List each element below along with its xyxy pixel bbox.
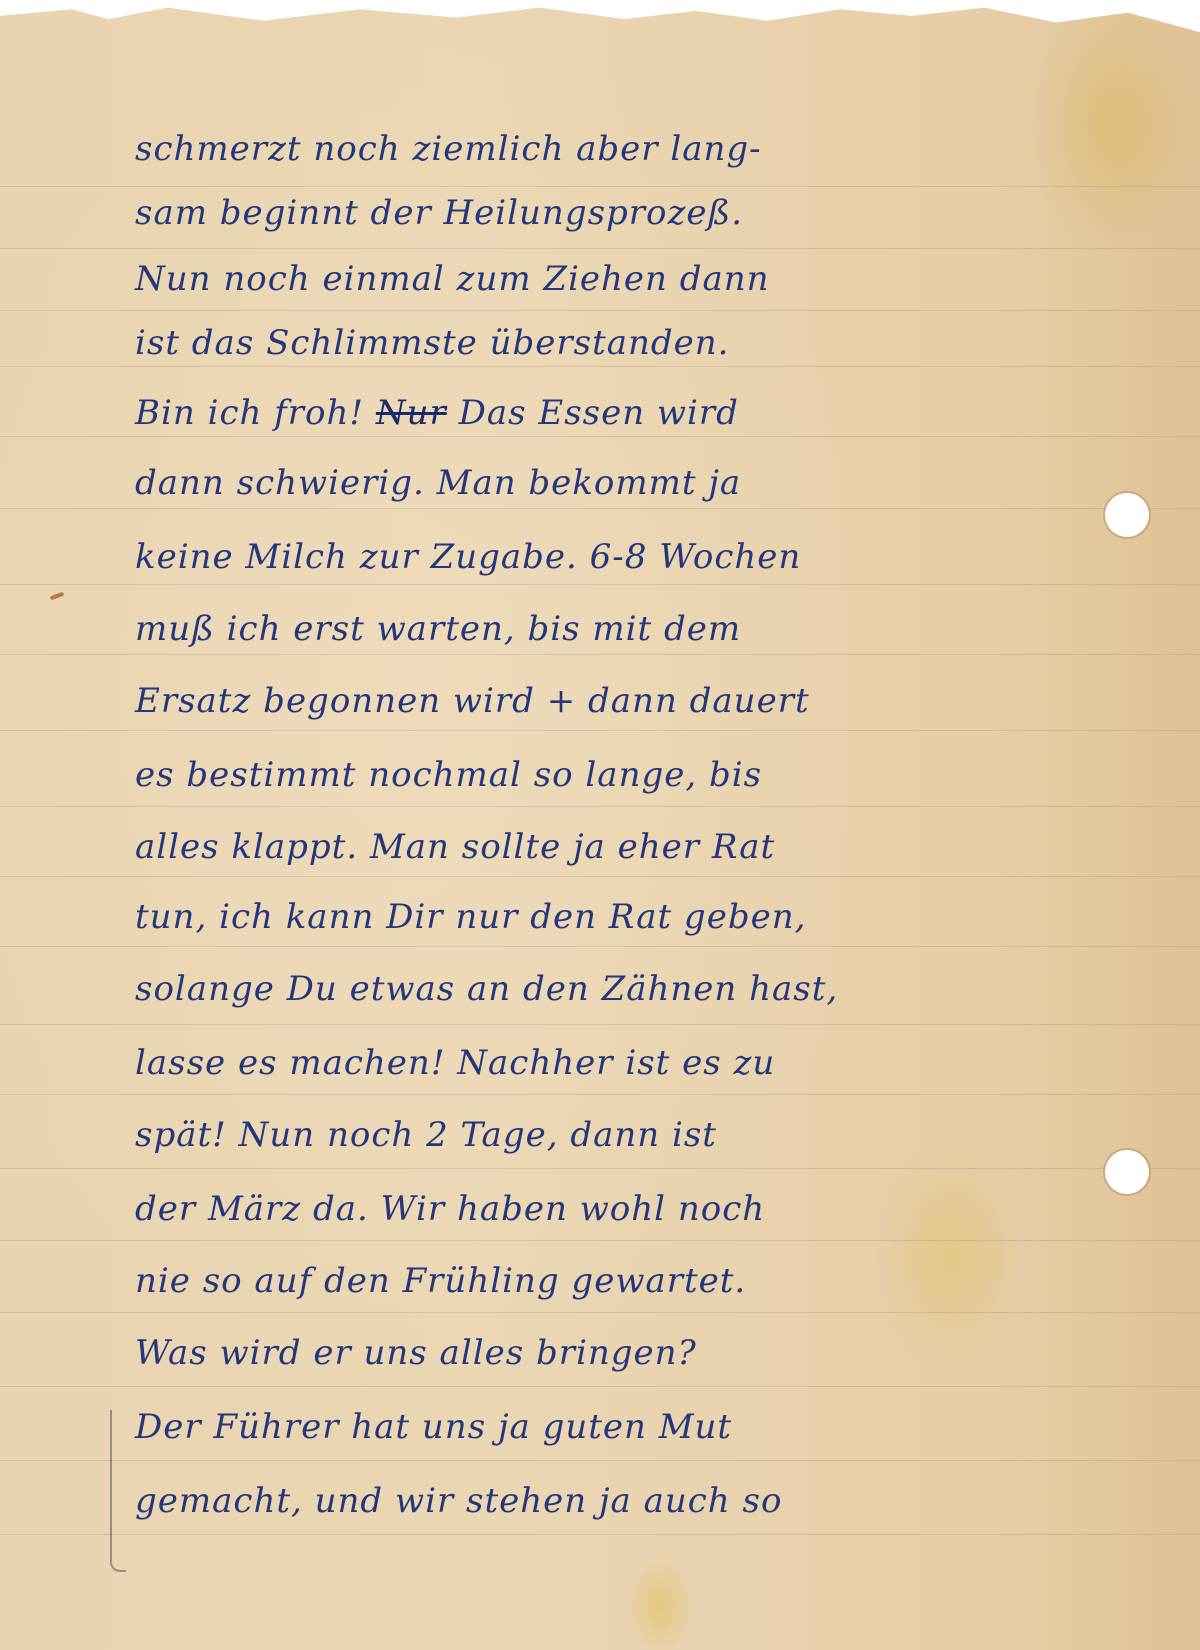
text-line: gemacht, und wir stehen ja auch so: [135, 1470, 1135, 1544]
pencil-margin-mark: [110, 1410, 126, 1572]
text-line: Der Führer hat uns ja guten Mut: [135, 1396, 1135, 1470]
text-line: ist das Schlimmste überstanden.: [135, 312, 1135, 382]
text-line: solange Du etwas an den Zähnen hast,: [135, 958, 1135, 1032]
text-line: Ersatz begonnen wird + dann dauert: [135, 670, 1135, 744]
text-line: tun, ich kann Dir nur den Rat geben,: [135, 886, 1135, 958]
text-line: Bin ich froh! Nur Das Essen wird: [135, 382, 1135, 452]
text-line: alles klappt. Man sollte ja eher Rat: [135, 816, 1135, 886]
text-line: schmerzt noch ziemlich aber lang-: [135, 118, 1135, 182]
text-line: keine Milch zur Zugabe. 6-8 Wochen: [135, 526, 1135, 598]
text-fragment: Das Essen wird: [447, 393, 739, 433]
text-line: muß ich erst warten, bis mit dem: [135, 598, 1135, 670]
struck-word: Nur: [376, 393, 447, 433]
text-line: spät! Nun noch 2 Tage, dann ist: [135, 1104, 1135, 1178]
text-line: Was wird er uns alles bringen?: [135, 1322, 1135, 1396]
handwritten-text: schmerzt noch ziemlich aber lang- sam be…: [135, 118, 1135, 1544]
text-fragment: Bin ich froh!: [135, 393, 376, 433]
text-line: Nun noch einmal zum Ziehen dann: [135, 248, 1135, 312]
text-line: dann schwierig. Man bekommt ja: [135, 452, 1135, 526]
text-line: nie so auf den Frühling gewartet.: [135, 1250, 1135, 1322]
text-line: es bestimmt nochmal so lange, bis: [135, 744, 1135, 816]
text-line: der März da. Wir haben wohl noch: [135, 1178, 1135, 1250]
text-line: lasse es machen! Nachher ist es zu: [135, 1032, 1135, 1104]
text-line: sam beginnt der Heilungsprozeß.: [135, 182, 1135, 248]
